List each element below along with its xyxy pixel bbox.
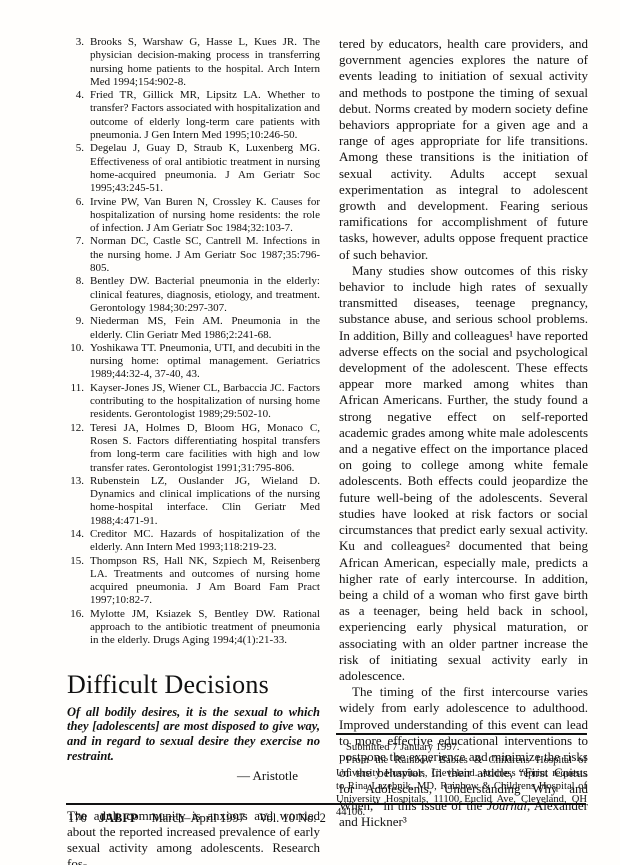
reference-item: 9.Niederman MS, Fein AM. Pneumonia in th… xyxy=(67,315,320,342)
reference-item: 15.Thompson RS, Hall NK, Szpiech M, Reis… xyxy=(67,555,320,608)
reference-item: 10.Yoshikawa TT. Pneumonia, UTI, and dec… xyxy=(67,342,320,382)
reference-number: 7. xyxy=(67,235,84,275)
reference-number: 3. xyxy=(67,36,84,89)
reference-number: 16. xyxy=(67,608,84,648)
journal-abbreviation: JABFP xyxy=(99,811,138,825)
reference-text: Teresi JA, Holmes D, Bloom HG, Monaco C,… xyxy=(90,422,320,475)
reference-item: 4.Fried TR, Gillick MR, Lipsitz LA. Whet… xyxy=(67,89,320,142)
reference-list: 3.Brooks S, Warshaw G, Hasse L, Kues JR.… xyxy=(67,36,320,648)
reference-number: 4. xyxy=(67,89,84,142)
reference-text: Bentley DW. Bacterial pneumonia in the e… xyxy=(90,275,320,315)
reference-number: 8. xyxy=(67,275,84,315)
reference-text: Rubenstein LZ, Ouslander JG, Wieland D. … xyxy=(90,475,320,528)
footnote-divider-rule xyxy=(336,733,587,735)
reference-number: 14. xyxy=(67,528,84,555)
reference-number: 11. xyxy=(67,382,84,422)
reference-text: Niederman MS, Fein AM. Pneumonia in the … xyxy=(90,315,320,342)
reference-item: 5.Degelau J, Guay D, Straub K, Luxenberg… xyxy=(67,142,320,195)
submitted-note: Submitted 7 January 1997. xyxy=(336,742,587,755)
left-column: 3.Brooks S, Warshaw G, Hasse L, Kues JR.… xyxy=(67,36,320,865)
reference-item: 11.Kayser-Jones JS, Wiener CL, Barbaccia… xyxy=(67,382,320,422)
body-paragraph: Many studies show outcomes of this risky… xyxy=(339,263,588,684)
reference-text: Irvine PW, Van Buren N, Crossley K. Caus… xyxy=(90,196,320,236)
volume-number: Vol. 10 No. 2 xyxy=(259,811,326,825)
reference-number: 13. xyxy=(67,475,84,528)
page-footer: 170JABFPMarch–April 1997Vol. 10 No. 2 xyxy=(0,803,620,826)
reference-item: 16.Mylotte JM, Ksiazek S, Bentley DW. Ra… xyxy=(67,608,320,648)
reference-number: 6. xyxy=(67,196,84,236)
reference-item: 8.Bentley DW. Bacterial pneumonia in the… xyxy=(67,275,320,315)
reference-text: Kayser-Jones JS, Wiener CL, Barbaccia JC… xyxy=(90,382,320,422)
footer-divider-rule xyxy=(66,803,586,805)
reference-item: 12.Teresi JA, Holmes D, Bloom HG, Monaco… xyxy=(67,422,320,475)
reference-number: 9. xyxy=(67,315,84,342)
reference-text: Yoshikawa TT. Pneumonia, UTI, and decubi… xyxy=(90,342,320,382)
reference-text: Mylotte JM, Ksiazek S, Bentley DW. Ratio… xyxy=(90,608,320,648)
reference-item: 14.Creditor MC. Hazards of hospitalizati… xyxy=(67,528,320,555)
journal-page: 3.Brooks S, Warshaw G, Hasse L, Kues JR.… xyxy=(0,0,620,865)
reference-item: 6.Irvine PW, Van Buren N, Crossley K. Ca… xyxy=(67,196,320,236)
reference-text: Degelau J, Guay D, Straub K, Luxenberg M… xyxy=(90,142,320,195)
page-number: 170 xyxy=(68,811,87,825)
reference-number: 12. xyxy=(67,422,84,475)
epigraph-quote: Of all bodily desires, it is the sexual … xyxy=(67,705,320,764)
reference-text: Norman DC, Castle SC, Cantrell M. Infect… xyxy=(90,235,320,275)
section-title: Difficult Decisions xyxy=(67,671,320,699)
reference-item: 13.Rubenstein LZ, Ouslander JG, Wieland … xyxy=(67,475,320,528)
reference-item: 3.Brooks S, Warshaw G, Hasse L, Kues JR.… xyxy=(67,36,320,89)
issue-date: March–April 1997 xyxy=(152,811,245,825)
reference-text: Fried TR, Gillick MR, Lipsitz LA. Whethe… xyxy=(90,89,320,142)
body-paragraph-continued: tered by educators, health care provider… xyxy=(339,36,588,263)
reference-text: Creditor MC. Hazards of hospitalization … xyxy=(90,528,320,555)
reference-number: 15. xyxy=(67,555,84,608)
reference-number: 10. xyxy=(67,342,84,382)
epigraph-attribution: — Aristotle xyxy=(67,768,320,784)
reference-item: 7.Norman DC, Castle SC, Cantrell M. Infe… xyxy=(67,235,320,275)
reference-number: 5. xyxy=(67,142,84,195)
reference-text: Brooks S, Warshaw G, Hasse L, Kues JR. T… xyxy=(90,36,320,89)
reference-text: Thompson RS, Hall NK, Szpiech M, Reisenb… xyxy=(90,555,320,608)
footer-text: 170JABFPMarch–April 1997Vol. 10 No. 2 xyxy=(68,811,620,826)
